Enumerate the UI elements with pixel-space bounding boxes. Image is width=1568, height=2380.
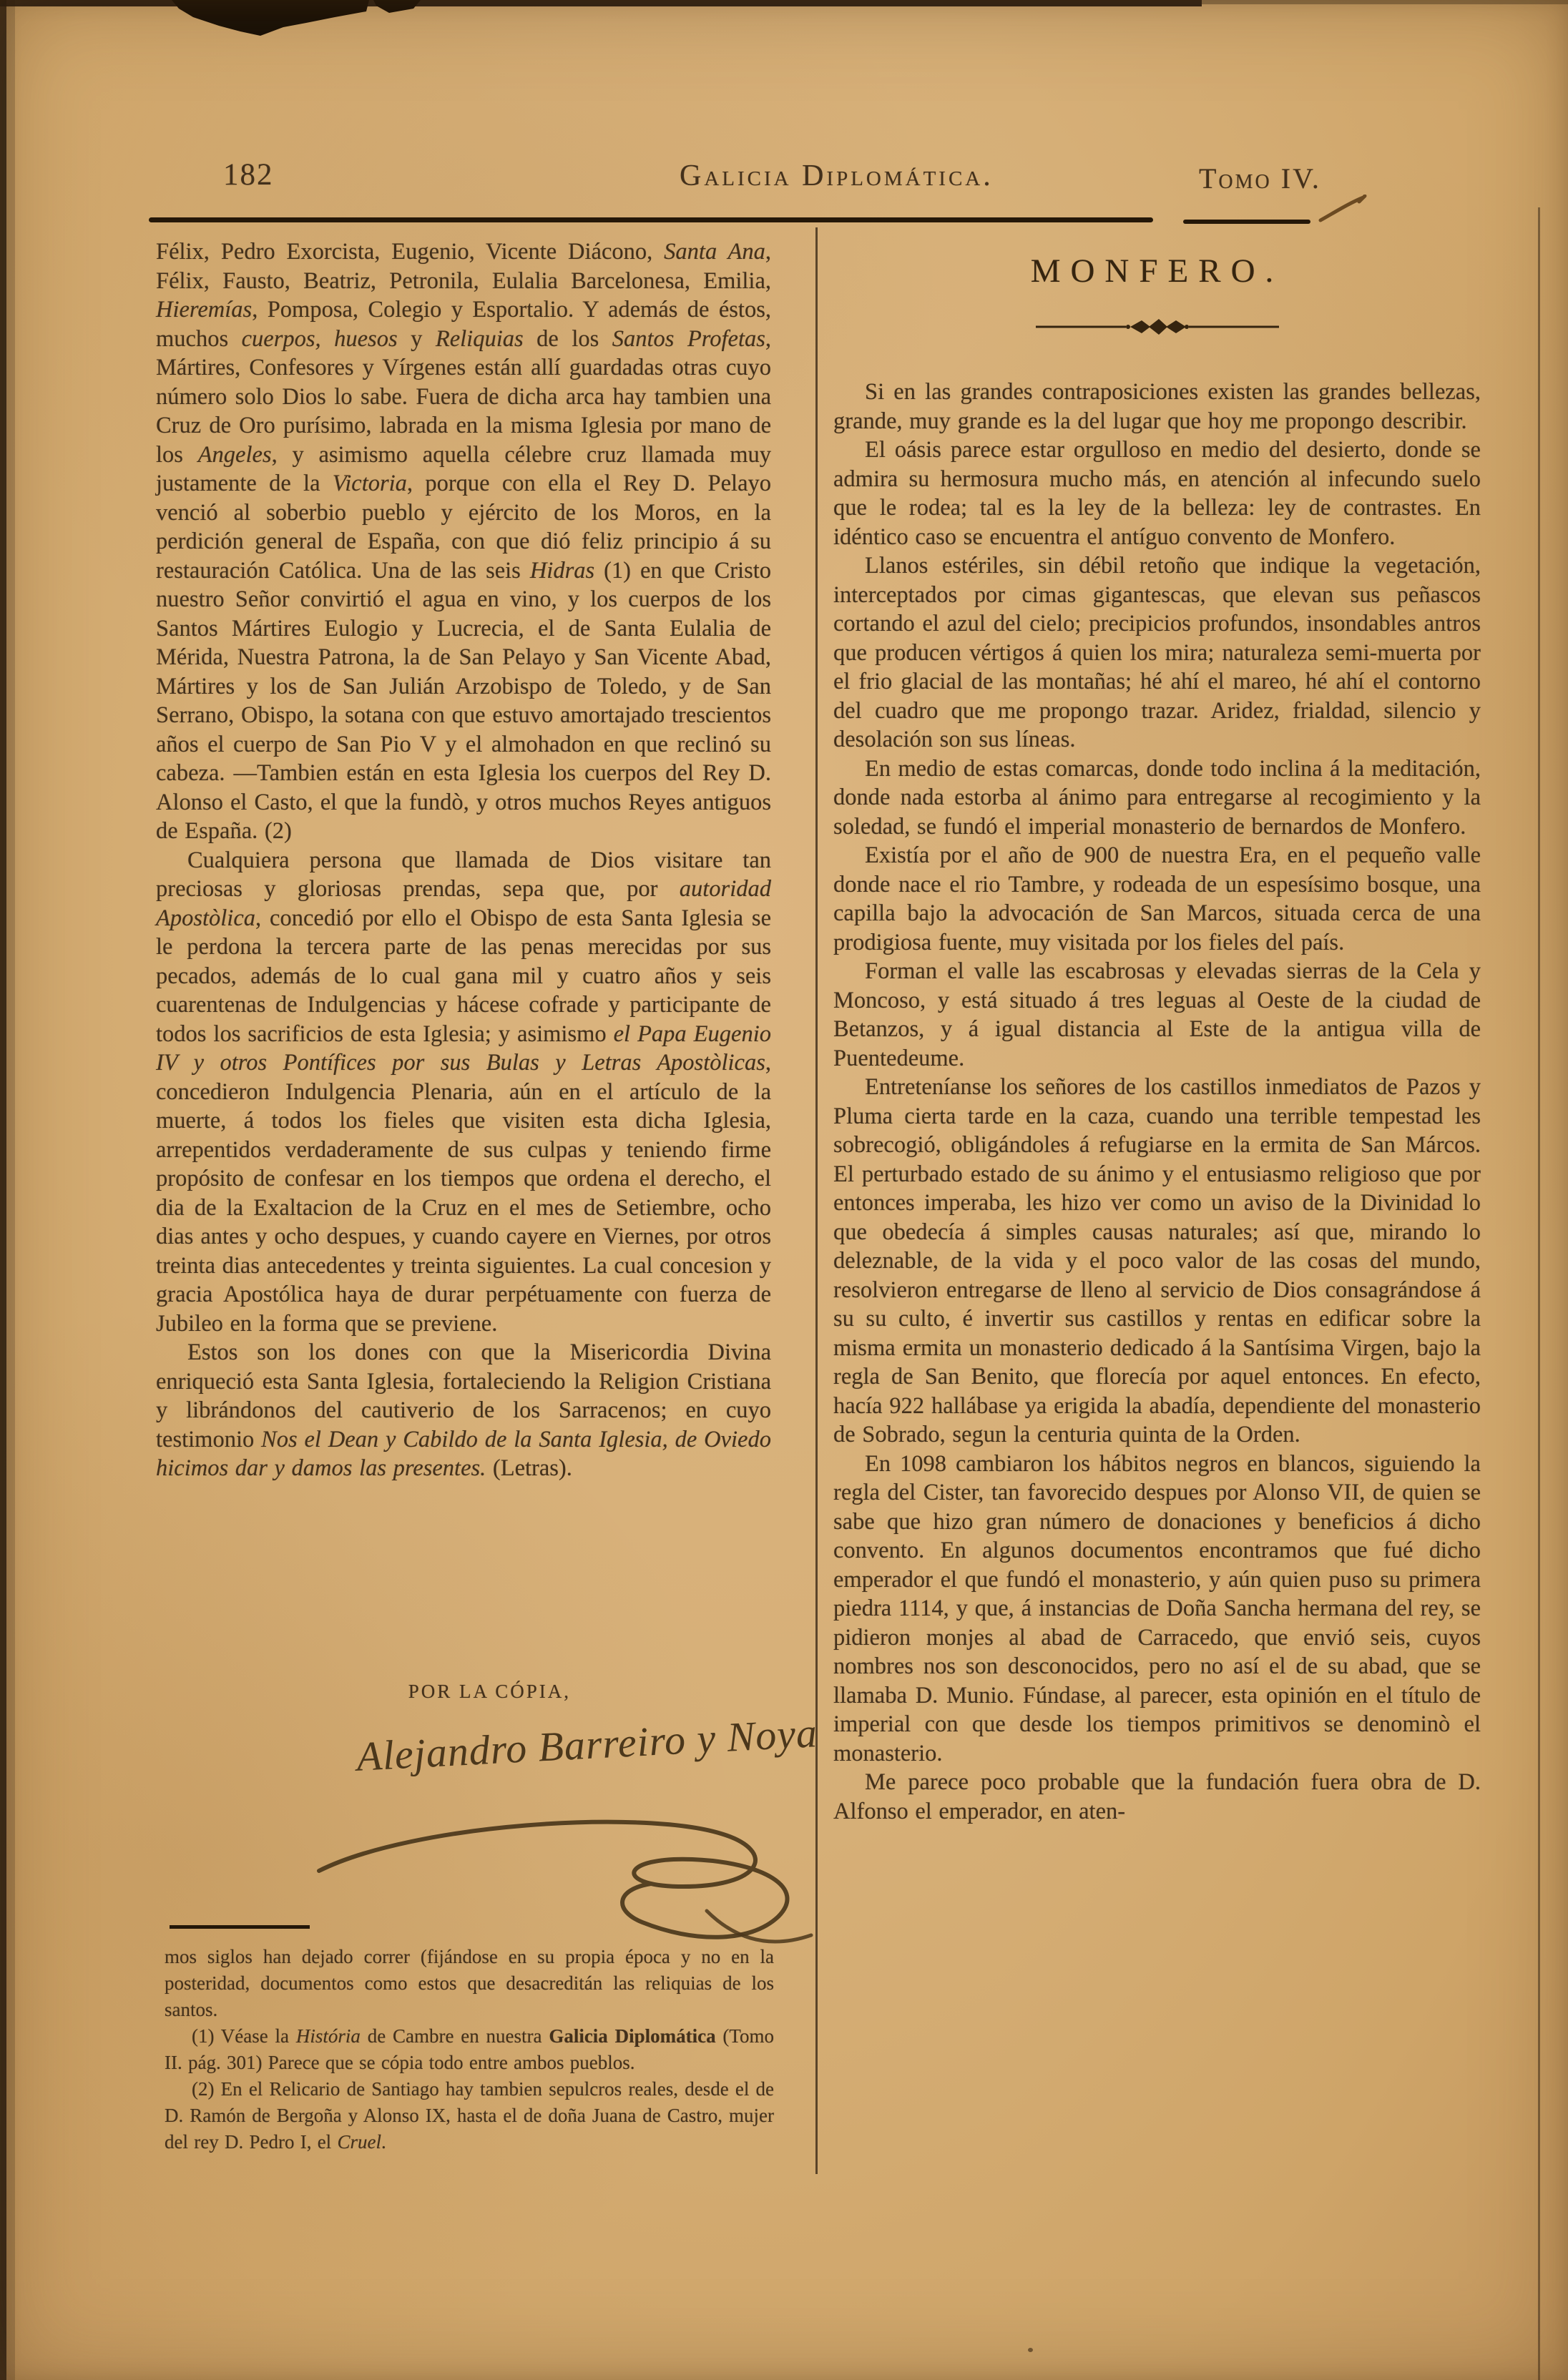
footnotes: mos siglos han dejado correr (fijándose …: [165, 1944, 774, 2155]
page-number: 182: [223, 157, 274, 192]
signature-flourish: [306, 1802, 821, 1952]
ornament-divider: [1036, 316, 1279, 338]
header-rule-left-segment: [149, 217, 1153, 222]
journal-title: Galicia Diplomática.: [680, 159, 994, 193]
footnote-rule: [170, 1925, 310, 1929]
paragraph: (2) En el Relicario de Santiago hay tamb…: [165, 2076, 774, 2155]
ink-speck: [1028, 2348, 1033, 2352]
paragraph: Llanos estériles, sin débil retoño que i…: [833, 551, 1481, 754]
paragraph: Estos son los dones con que la Misericor…: [156, 1338, 771, 1483]
right-column-paragraphs: Si en las grandes contraposiciones exist…: [833, 378, 1481, 1826]
left-column: Félix, Pedro Exorcista, Eugenio, Vicente…: [156, 237, 771, 1483]
paragraph: Existía por el año de 900 de nuestra Era…: [833, 841, 1481, 957]
paragraph: mos siglos han dejado correr (fijándose …: [165, 1944, 774, 2023]
paragraph: Me parece poco probable que la fundación…: [833, 1768, 1481, 1826]
byline: POR LA CÓPIA,: [156, 1681, 571, 1703]
footnote-paragraphs: mos siglos han dejado correr (fijándose …: [165, 1944, 774, 2155]
pen-mark: [1318, 195, 1368, 225]
right-column: MONFERO. Si en las grandes contraposicio…: [833, 252, 1481, 1826]
article-title: MONFERO.: [833, 252, 1481, 290]
paragraph: En 1098 cambiaron los hábitos negros en …: [833, 1450, 1481, 1769]
paragraph: Cualquiera persona que llamada de Dios v…: [156, 846, 771, 1339]
paragraph: Si en las grandes contraposiciones exist…: [833, 378, 1481, 436]
scanned-page: 182 Galicia Diplomática. Tomo IV. Félix,…: [0, 0, 1568, 2380]
torn-paper-blob: [172, 0, 369, 36]
paragraph: El oásis parece estar orgulloso en medio…: [833, 436, 1481, 551]
paragraph: Entreteníanse los señores de los castill…: [833, 1073, 1481, 1450]
paragraph: Forman el valle las escabrosas y elevada…: [833, 957, 1481, 1073]
paragraph: (1) Véase la História de Cambre en nuest…: [165, 2023, 774, 2076]
paragraph: Félix, Pedro Exorcista, Eugenio, Vicente…: [156, 237, 771, 846]
header-rule-right-segment: [1183, 220, 1310, 224]
signature-text: Alejandro Barreiro y Noya: [356, 1708, 819, 1781]
paragraph: En medio de estas comarcas, donde todo i…: [833, 754, 1481, 842]
left-column-paragraphs: Félix, Pedro Exorcista, Eugenio, Vicente…: [156, 237, 771, 1483]
volume-label: Tomo IV.: [1199, 162, 1321, 195]
